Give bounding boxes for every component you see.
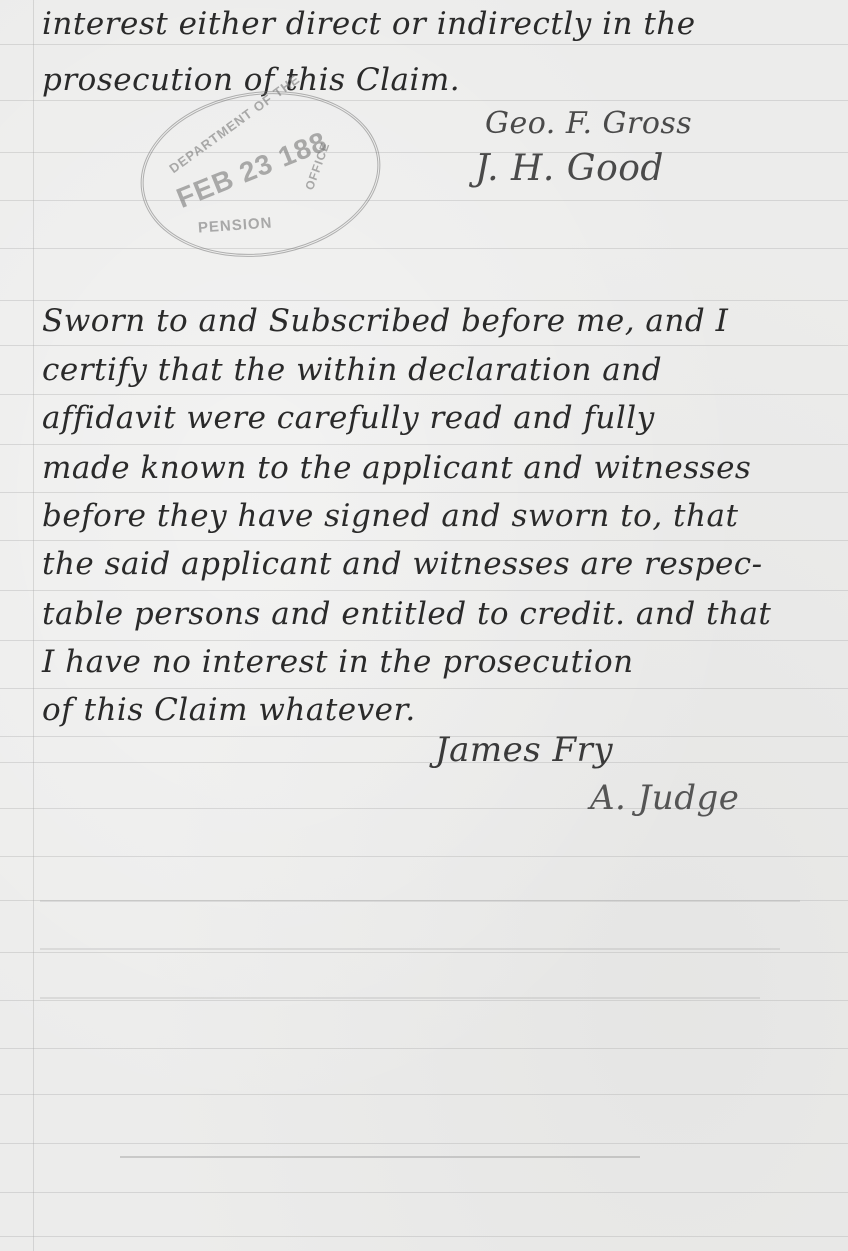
- ruled-line: [0, 44, 848, 45]
- ruled-line: [0, 736, 848, 737]
- ruled-line: [0, 345, 848, 346]
- ink-bleed-through: [40, 997, 760, 999]
- continuation-line-1: interest either direct or indirectly in …: [42, 6, 696, 42]
- ruled-line: [0, 444, 848, 445]
- ruled-line: [0, 300, 848, 301]
- jurat-line-7: table persons and entitled to credit. an…: [42, 596, 771, 632]
- ruled-line: [0, 1236, 848, 1237]
- margin-line: [33, 0, 34, 1251]
- ruled-line: [0, 200, 848, 201]
- ruled-line: [0, 1094, 848, 1095]
- ruled-line: [0, 1048, 848, 1049]
- ruled-line: [0, 762, 848, 763]
- ink-bleed-through: [40, 948, 780, 950]
- ruled-line: [0, 1000, 848, 1001]
- pension-office-stamp: DEPARTMENT OF THE FEB 23 188 OFFICE PENS…: [130, 76, 391, 272]
- jurat-line-2: certify that the within declaration and: [42, 352, 662, 388]
- witness-signature-2: J. H. Good: [475, 148, 664, 189]
- ruled-line: [0, 856, 848, 857]
- ruled-line: [0, 1143, 848, 1144]
- jurat-line-6: the said applicant and witnesses are res…: [42, 546, 763, 582]
- ruled-line: [0, 492, 848, 493]
- stamp-bottom-text: PENSION: [197, 214, 273, 236]
- document-page: interest either direct or indirectly in …: [0, 0, 848, 1251]
- jurat-line-1: Sworn to and Subscribed before me, and I: [42, 303, 728, 339]
- jurat-line-3: affidavit were carefully read and fully: [42, 400, 655, 436]
- official-signature-1: James Fry: [435, 730, 613, 770]
- ruled-line: [0, 248, 848, 249]
- ruled-line: [0, 640, 848, 641]
- ruled-line: [0, 688, 848, 689]
- jurat-line-5: before they have signed and sworn to, th…: [42, 498, 738, 534]
- ink-bleed-through: [120, 1156, 640, 1158]
- ruled-line: [0, 100, 848, 101]
- jurat-line-9: of this Claim whatever.: [42, 692, 416, 728]
- jurat-line-8: I have no interest in the prosecution: [42, 644, 634, 680]
- ruled-line: [0, 152, 848, 153]
- jurat-line-4: made known to the applicant and witnesse…: [42, 450, 751, 486]
- ruled-line: [0, 540, 848, 541]
- ruled-line: [0, 590, 848, 591]
- ruled-line: [0, 394, 848, 395]
- witness-signature-1: Geo. F. Gross: [485, 106, 692, 141]
- ruled-line: [0, 952, 848, 953]
- ink-bleed-through: [40, 900, 800, 902]
- ruled-line: [0, 1192, 848, 1193]
- official-signature-2: A. Judge: [590, 778, 739, 818]
